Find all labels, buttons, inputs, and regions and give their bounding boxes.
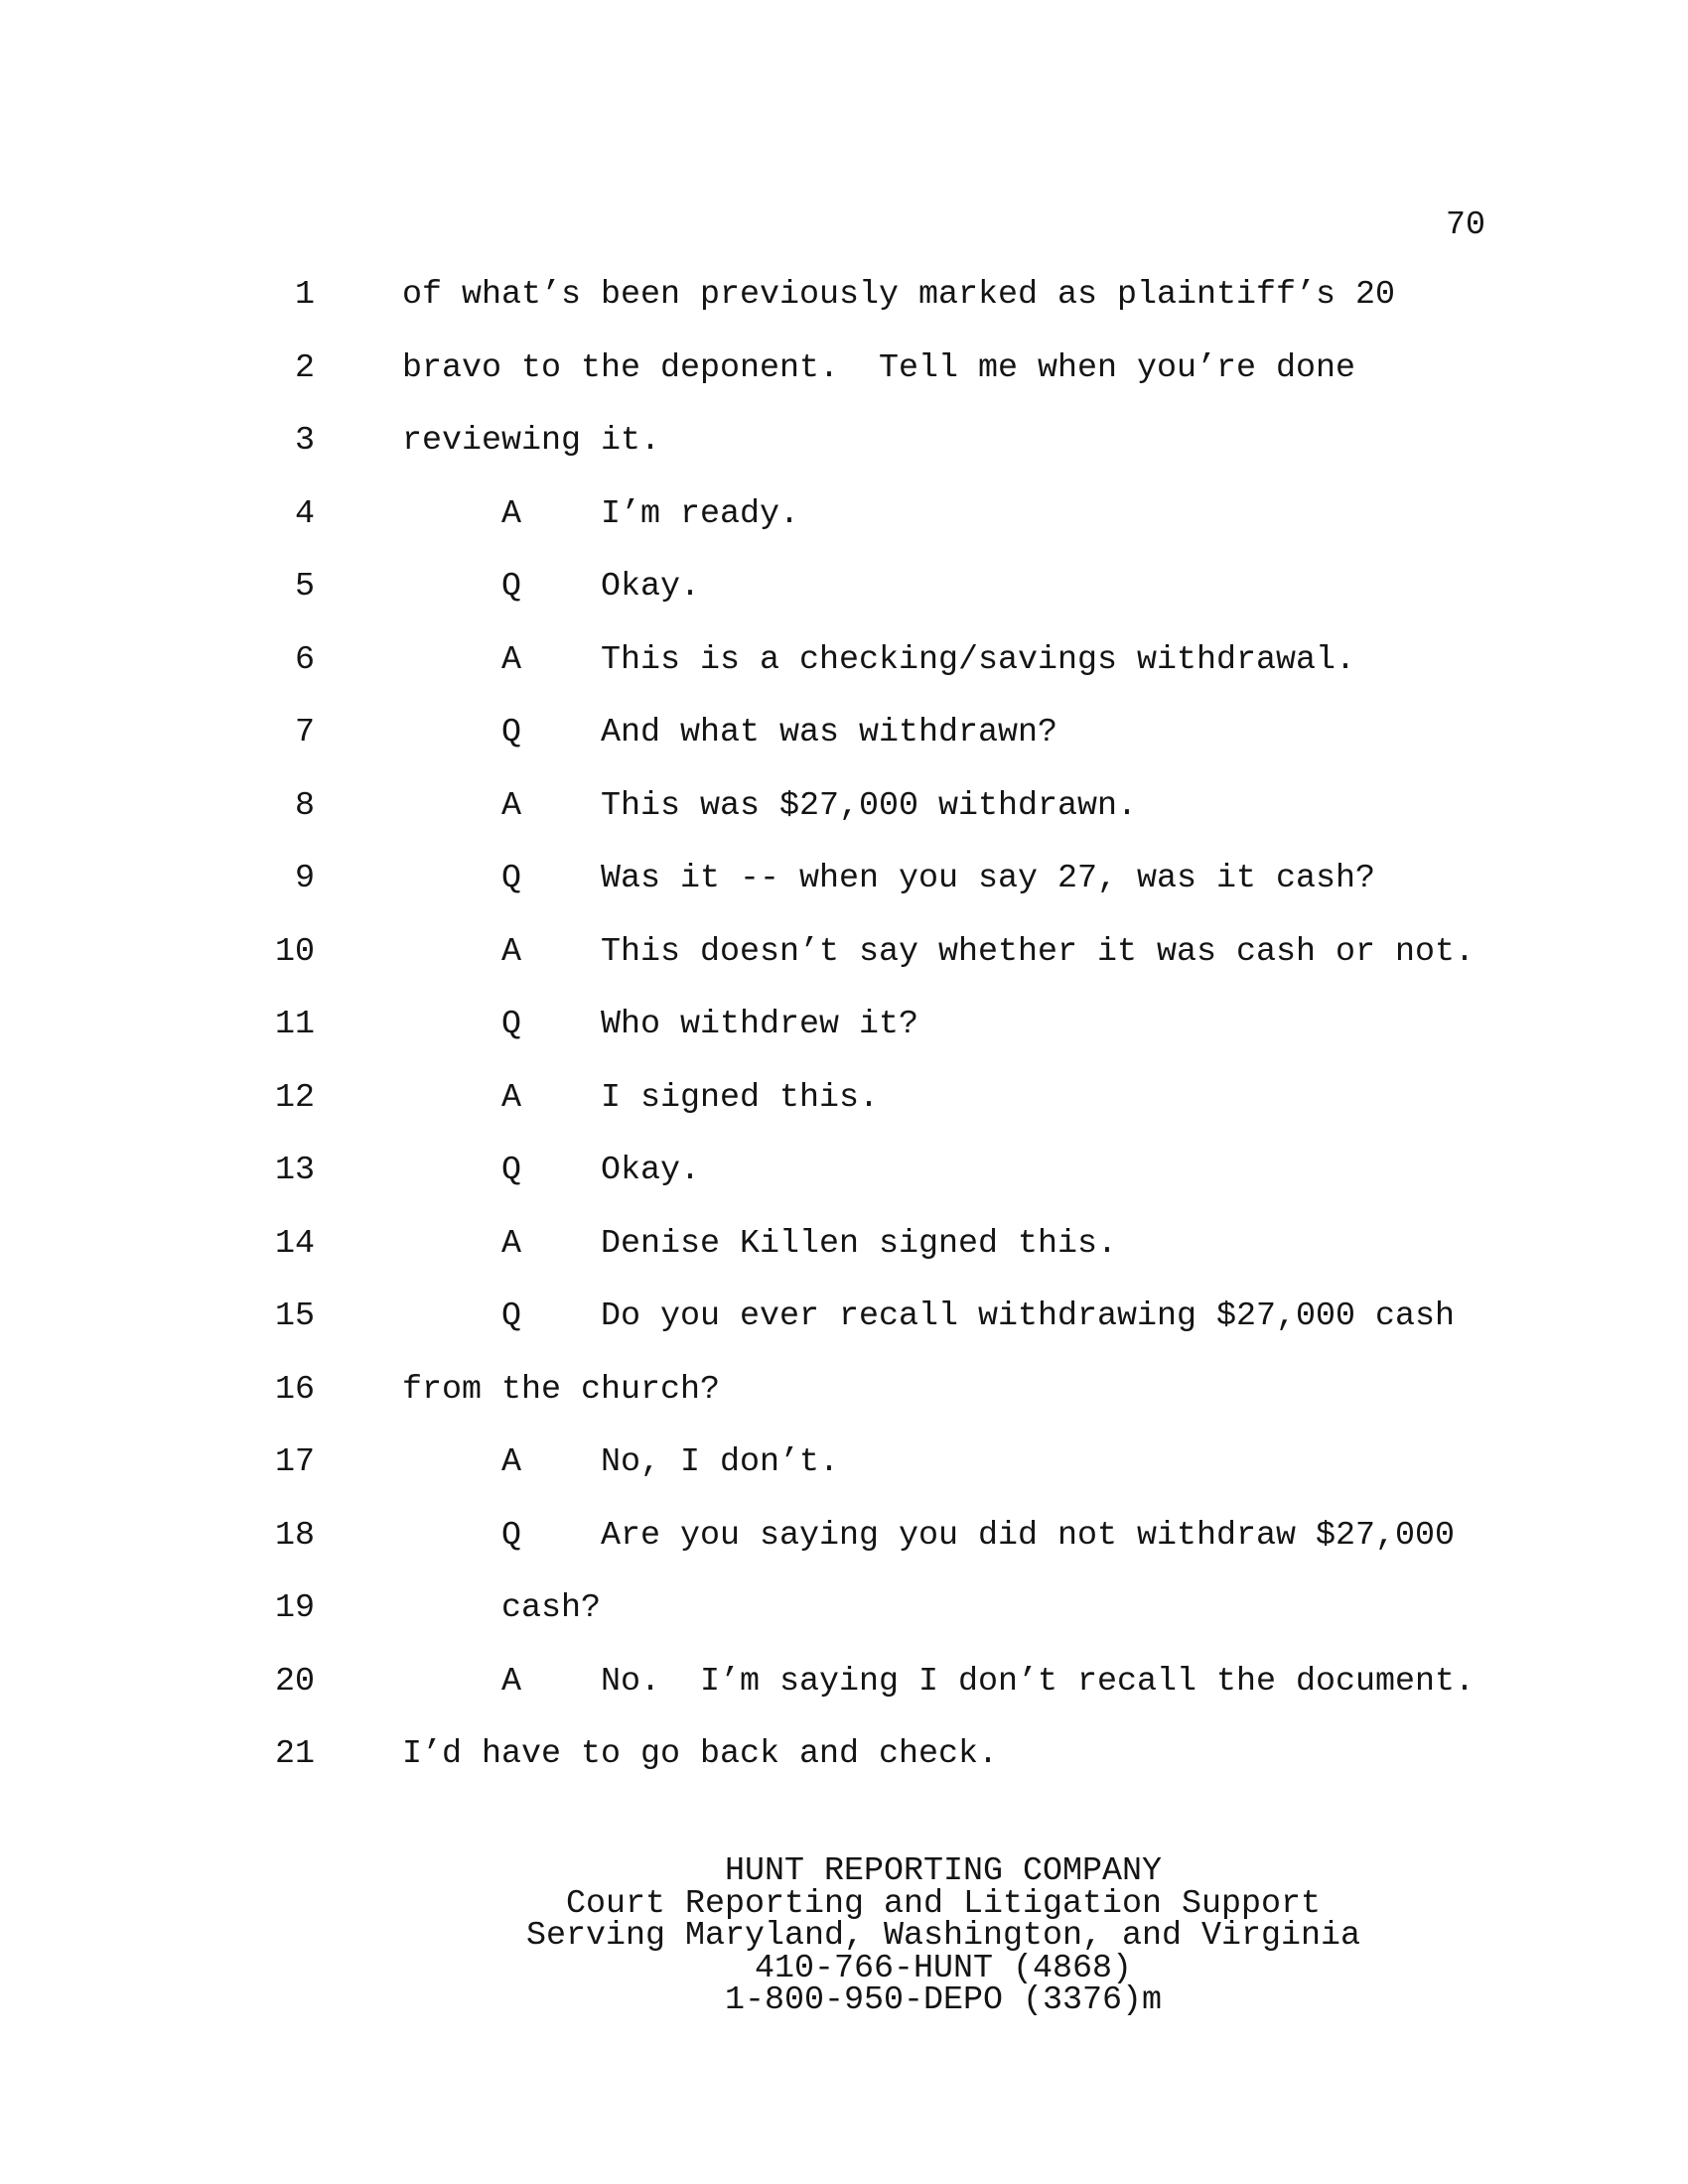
transcript-line: 8 A This was $27,000 withdrawn. (258, 770, 1475, 844)
line-text: A This is a checking/savings withdrawal. (402, 624, 1355, 698)
transcript-line: 4 A I’m ready. (258, 478, 1475, 552)
reporting-company-footer: HUNT REPORTING COMPANY Court Reporting a… (199, 1855, 1688, 2017)
line-number: 14 (258, 1208, 315, 1282)
footer-region-line: Serving Maryland, Washington, and Virgin… (199, 1920, 1688, 1953)
transcript-page: 70 1 of what’s been previously marked as… (0, 0, 1688, 2184)
line-number: 18 (258, 1500, 315, 1573)
line-number: 5 (258, 551, 315, 624)
transcript-line: 16 from the church? (258, 1354, 1475, 1428)
line-text: Q And what was withdrawn? (402, 697, 1057, 770)
transcript-line: 17 A No, I don’t. (258, 1427, 1475, 1500)
transcript-line: 12 A I signed this. (258, 1062, 1475, 1136)
line-text: Q Okay. (402, 1135, 700, 1208)
transcript-line: 5 Q Okay. (258, 551, 1475, 624)
line-number: 12 (258, 1062, 315, 1136)
line-number: 9 (258, 843, 315, 916)
line-text: A No, I don’t. (402, 1427, 839, 1500)
transcript-body: 1 of what’s been previously marked as pl… (258, 259, 1475, 1792)
line-number: 8 (258, 770, 315, 844)
footer-service-line: Court Reporting and Litigation Support (199, 1888, 1688, 1921)
footer-company-name: HUNT REPORTING COMPANY (199, 1855, 1688, 1888)
transcript-line: 3 reviewing it. (258, 405, 1475, 478)
page-number: 70 (1446, 208, 1485, 243)
line-text: Q Are you saying you did not withdraw $2… (402, 1500, 1455, 1573)
footer-phone-local: 410-766-HUNT (4868) (199, 1953, 1688, 1985)
line-number: 2 (258, 333, 315, 406)
transcript-line: 1 of what’s been previously marked as pl… (258, 259, 1475, 333)
transcript-line: 15 Q Do you ever recall withdrawing $27,… (258, 1281, 1475, 1354)
line-number: 1 (258, 259, 315, 333)
transcript-line: 6 A This is a checking/savings withdrawa… (258, 624, 1475, 698)
line-text: Q Okay. (402, 551, 700, 624)
line-text: cash? (402, 1572, 601, 1646)
line-text: Q Was it -- when you say 27, was it cash… (402, 843, 1375, 916)
line-number: 3 (258, 405, 315, 478)
line-number: 6 (258, 624, 315, 698)
line-text: from the church? (402, 1354, 720, 1428)
line-number: 17 (258, 1427, 315, 1500)
transcript-line: 2 bravo to the deponent. Tell me when yo… (258, 333, 1475, 406)
line-text: reviewing it. (402, 405, 660, 478)
line-text: A This doesn’t say whether it was cash o… (402, 916, 1475, 990)
line-number: 19 (258, 1572, 315, 1646)
line-text: bravo to the deponent. Tell me when you’… (402, 333, 1355, 406)
line-number: 16 (258, 1354, 315, 1428)
transcript-line: 18 Q Are you saying you did not withdraw… (258, 1500, 1475, 1573)
transcript-line: 19 cash? (258, 1572, 1475, 1646)
transcript-line: 14 A Denise Killen signed this. (258, 1208, 1475, 1282)
line-number: 21 (258, 1718, 315, 1792)
footer-phone-tollfree: 1-800-950-DEPO (3376)m (199, 1984, 1688, 2017)
line-text: A I’m ready. (402, 478, 799, 552)
line-number: 7 (258, 697, 315, 770)
line-text: A Denise Killen signed this. (402, 1208, 1117, 1282)
transcript-line: 20 A No. I’m saying I don’t recall the d… (258, 1646, 1475, 1719)
line-text: of what’s been previously marked as plai… (402, 259, 1395, 333)
line-number: 13 (258, 1135, 315, 1208)
transcript-line: 10 A This doesn’t say whether it was cas… (258, 916, 1475, 990)
line-number: 11 (258, 989, 315, 1062)
transcript-line: 11 Q Who withdrew it? (258, 989, 1475, 1062)
line-number: 20 (258, 1646, 315, 1719)
line-number: 15 (258, 1281, 315, 1354)
line-text: Q Who withdrew it? (402, 989, 918, 1062)
line-number: 10 (258, 916, 315, 990)
transcript-line: 21 I’d have to go back and check. (258, 1718, 1475, 1792)
transcript-line: 9 Q Was it -- when you say 27, was it ca… (258, 843, 1475, 916)
line-text: Q Do you ever recall withdrawing $27,000… (402, 1281, 1455, 1354)
line-text: A No. I’m saying I don’t recall the docu… (402, 1646, 1475, 1719)
transcript-line: 13 Q Okay. (258, 1135, 1475, 1208)
line-text: I’d have to go back and check. (402, 1718, 998, 1792)
line-text: A This was $27,000 withdrawn. (402, 770, 1137, 844)
line-text: A I signed this. (402, 1062, 879, 1136)
transcript-line: 7 Q And what was withdrawn? (258, 697, 1475, 770)
line-number: 4 (258, 478, 315, 552)
